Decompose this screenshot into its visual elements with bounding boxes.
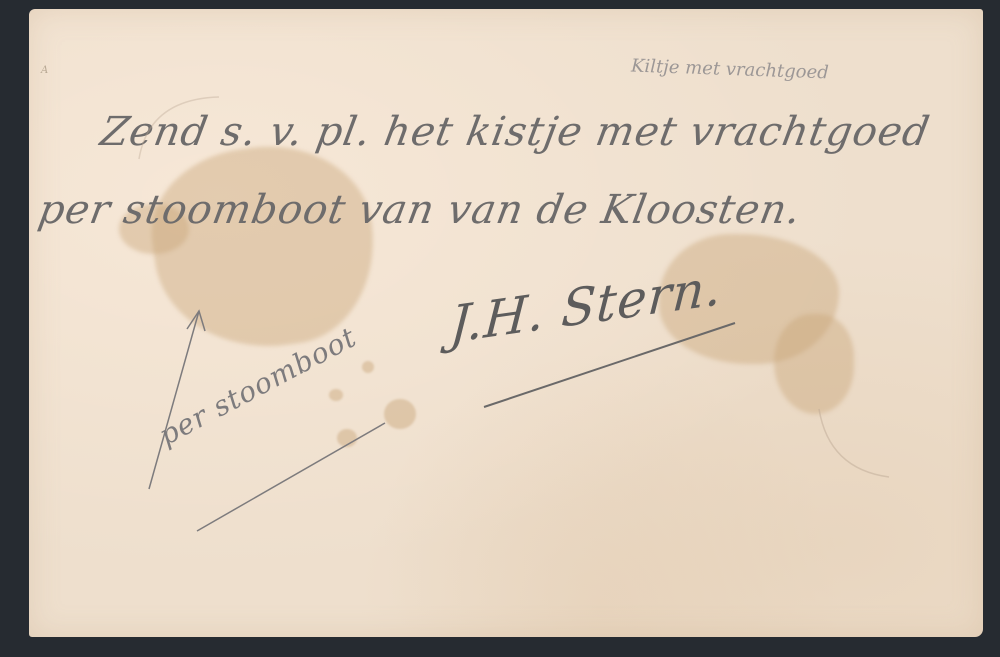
arrow-icon bbox=[149, 311, 205, 489]
postcard: A Kiltje met vrachtgoed Zend s. v. pl. h… bbox=[29, 9, 983, 637]
postmark-arc bbox=[139, 97, 219, 159]
pencil-note-underline bbox=[197, 423, 385, 531]
postmark-arc bbox=[819, 409, 889, 477]
signature-underline bbox=[484, 323, 735, 407]
pencil-marks bbox=[29, 9, 983, 637]
